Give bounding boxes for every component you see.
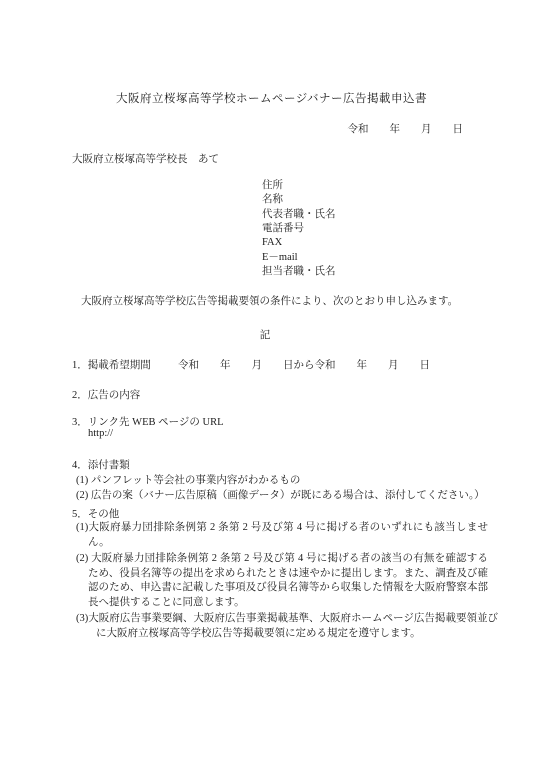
section-2-heading: 2．広告の内容	[72, 387, 140, 402]
field-label-phone: 電話番号	[262, 222, 336, 236]
other-item-1: (1)大阪府暴力団排除条例第 2 条第 2 号及び第 4 号に掲げる者のいずれに…	[76, 521, 488, 550]
section-5-heading: 5．その他	[72, 506, 119, 521]
addressee-line: 大阪府立桜塚高等学校長 あて	[72, 151, 219, 166]
desired-period-value: 令和 年 月 日から令和 年 月 日	[178, 360, 430, 371]
attachment-item-1: (1) パンフレット等会社の事業内容がわかるもの	[76, 472, 300, 487]
section-3-heading: 3．リンク先 WEB ページの URL	[72, 414, 224, 429]
section-4-heading: 4．添付書類	[72, 457, 130, 472]
record-marker: 記	[0, 327, 530, 342]
section-1-heading: 1．掲載希望期間	[72, 357, 178, 372]
applicant-fields-block: 住所 名称 代表者職・氏名 電話番号 FAX E－mail 担当者職・氏名	[262, 179, 336, 279]
field-label-name: 名称	[262, 193, 336, 207]
other-item-2: (2) 大阪府暴力団排除条例第 2 条第 2 号及び第 4 号に掲げる者の該当の…	[76, 552, 488, 610]
field-label-representative: 代表者職・氏名	[262, 208, 336, 222]
intro-paragraph: 大阪府立桜塚高等学校広告等掲載要領の条件により、次のとおり申し込みます。	[81, 293, 458, 308]
field-label-address: 住所	[262, 179, 336, 193]
url-prefix: http://	[88, 428, 113, 439]
document-title: 大阪府立桜塚高等学校ホームページバナー広告掲載申込書	[0, 90, 543, 106]
attachment-item-2: (2) 広告の案（バナー広告原稿（画像データ）が既にある場合は、添付してください…	[76, 487, 485, 502]
other-item-3: (3)大阪府広告事業要綱、大阪府広告事業掲載基準、大阪府ホームページ広告掲載要領…	[76, 612, 498, 641]
date-line: 令和 年 月 日	[0, 121, 463, 136]
section-1-line: 1．掲載希望期間令和 年 月 日から令和 年 月 日	[72, 357, 430, 372]
document-page: 大阪府立桜塚高等学校ホームページバナー広告掲載申込書 令和 年 月 日 大阪府立…	[0, 0, 543, 768]
field-label-email: E－mail	[262, 251, 336, 265]
field-label-fax: FAX	[262, 236, 336, 250]
field-label-contact-person: 担当者職・氏名	[262, 265, 336, 279]
